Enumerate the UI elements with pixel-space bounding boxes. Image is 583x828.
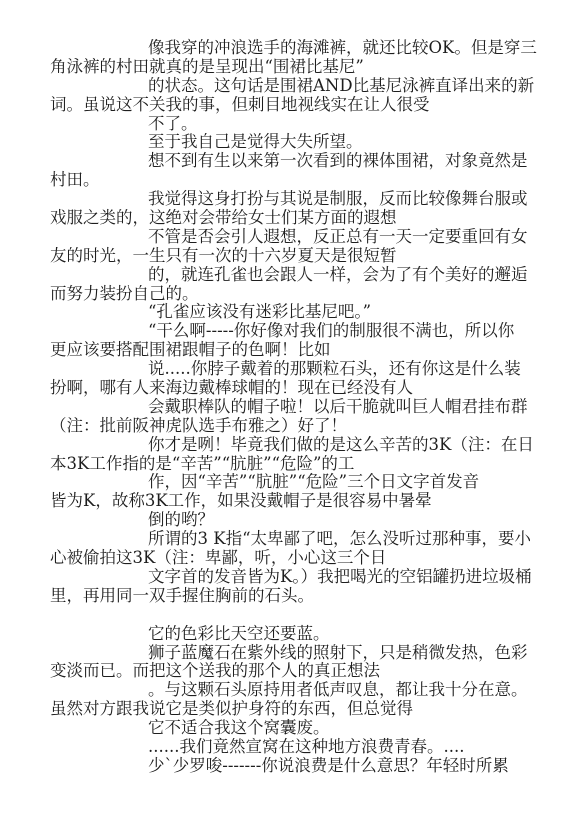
text-line: 本3K工作指的是“辛苦”“肮脏”“危险”的工: [50, 455, 550, 474]
text-line: 而努力装扮自己的。: [50, 285, 550, 304]
text-line: ......我们竟然宣窝在这种地方浪费青春。....: [50, 738, 550, 757]
text-line: （注：批前阪神虎队选手布雅之）好了！: [50, 417, 550, 436]
text-line: 它的色彩比天空还要蓝。: [50, 625, 550, 644]
text-line: 的，就连孔雀也会跟人一样，会为了有个美好的邂逅: [50, 266, 550, 285]
blank-line: [50, 606, 550, 625]
text-line: 会戴职棒队的帽子啦！以后干脆就叫巨人帽君挂布群: [50, 398, 550, 417]
text-line: 文字首的发音皆为K。）我把喝光的空铝罐扔进垃圾桶: [50, 568, 550, 587]
document-page: 像我穿的冲浪选手的海滩裤，就还比较OK。但是穿三 角泳裤的村田就真的是呈现出“围…: [0, 0, 583, 828]
text-line: 。与这颗石头原持用者低声叹息，都让我十分在意。: [50, 681, 550, 700]
text-line: 不管是否会引人遐想，反正总有一天一定要重回有女: [50, 228, 550, 247]
text-line: 戏服之类的，这绝对会带给女士们某方面的遐想: [50, 209, 550, 228]
text-line: 狮子蓝魔石在紫外线的照射下，只是稍微发热，色彩: [50, 644, 550, 663]
text-line: 你才是咧！毕竟我们做的是这么辛苦的3K（注：在日: [50, 436, 550, 455]
text-line: 不了。: [50, 115, 550, 134]
text-line: 村田。: [50, 171, 550, 190]
text-line: 想不到有生以来第一次看到的裸体围裙，对象竟然是: [50, 152, 550, 171]
text-line: 里，再用同一双手握住胸前的石头。: [50, 587, 550, 606]
text-line: “干么啊-----你好像对我们的制服很不满也，所以你: [50, 322, 550, 341]
text-line: 皆为K，故称3K工作，如果没戴帽子是很容易中暑晕: [50, 492, 550, 511]
body-text: 像我穿的冲浪选手的海滩裤，就还比较OK。但是穿三 角泳裤的村田就真的是呈现出“围…: [50, 39, 550, 776]
text-line: 更应该要搭配围裙跟帽子的色啊！比如: [50, 341, 550, 360]
text-line: 至于我自己是觉得大失所望。: [50, 133, 550, 152]
text-line: 虽然对方跟我说它是类似护身符的东西，但总觉得: [50, 700, 550, 719]
text-line: 所谓的3 K指“太卑鄙了吧，怎么没听过那种事，要小: [50, 530, 550, 549]
text-line: “孔雀应该没有迷彩比基尼吧。”: [50, 303, 550, 322]
text-line: 友的时光，一生只有一次的十六岁夏天是很短暂: [50, 247, 550, 266]
text-line: 词。虽说这不关我的事，但刺目地视线实在让人很受: [50, 96, 550, 115]
text-line: 我觉得这身打扮与其说是制服，反而比较像舞台服或: [50, 190, 550, 209]
text-line: 它不适合我这个窝囊废。: [50, 719, 550, 738]
text-line: 倒的哟？: [50, 511, 550, 530]
text-line: 扮啊，哪有人来海边戴棒球帽的！现在已经没有人: [50, 379, 550, 398]
text-line: 少`少罗唆-------你说浪费是什么意思？年轻时所累: [50, 757, 550, 776]
text-line: 说.....你脖子戴着的那颗粒石头，还有你这是什么装: [50, 360, 550, 379]
text-line: 作，因“辛苦”“肮脏”“危险”三个日文字首发音: [50, 473, 550, 492]
text-line: 心被偷拍这3K（注：卑鄙，听，小心这三个日: [50, 549, 550, 568]
text-line: 变淡而已。而把这个送我的那个人的真正想法: [50, 662, 550, 681]
text-line: 像我穿的冲浪选手的海滩裤，就还比较OK。但是穿三: [50, 39, 550, 58]
text-line: 的状态。这句话是围裙AND比基尼泳裤直译出来的新: [50, 77, 550, 96]
text-line: 角泳裤的村田就真的是呈现出“围裙比基尼”: [50, 58, 550, 77]
